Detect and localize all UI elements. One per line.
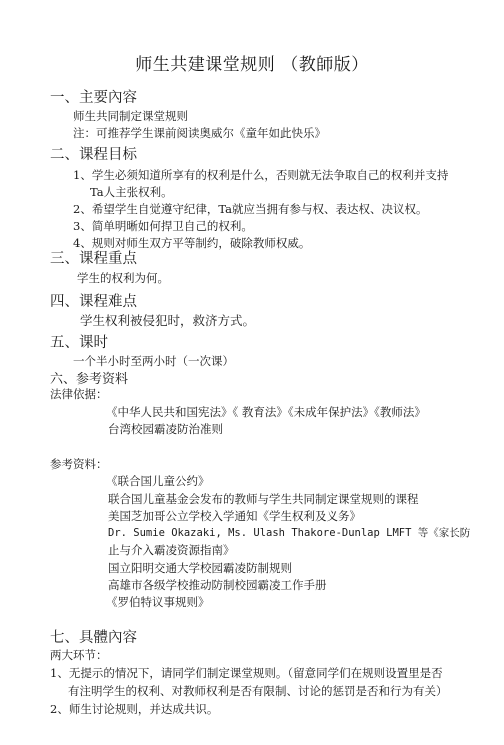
goal-item: 1、学生必须知道所享有的权利是什么，否则就无法争取自己的权利并支持 <box>73 167 448 183</box>
section-6-heading: 六、参考资料 <box>50 368 128 387</box>
content-item: 2、师生讨论规则，并达成共识。 <box>50 701 218 717</box>
section-5-text: 一个半小时至两小时（一次课） <box>73 353 234 369</box>
goal-item: 3、简单明晰如何捍卫自己的权利。 <box>73 218 253 234</box>
section-7-heading: 七、具體內容 <box>50 626 137 647</box>
legal-item: 《中华人民共和国宪法》《 教育法》《未成年保护法》《教师法》 <box>106 404 426 420</box>
section-3-text: 学生的权利为何。 <box>77 270 169 286</box>
section-7-label: 两大环节： <box>50 647 108 663</box>
section-4-heading: 四、课程难点 <box>50 290 137 311</box>
section-2-heading: 二、课程目标 <box>50 143 137 164</box>
section-1-note: 注：可推荐学生课前阅读奥威尔《童年如此快乐》 <box>73 125 326 141</box>
section-5-heading: 五、课时 <box>50 331 108 352</box>
document-title: 师生共建课堂规则 （教師版） <box>0 50 504 75</box>
section-3-heading: 三、课程重点 <box>50 247 137 268</box>
reference-item: 高雄市各级学校推动防制校园霸凌工作手册 <box>108 577 327 593</box>
legal-basis-label: 法律依据： <box>50 386 108 402</box>
reference-item-cont: 止与介入霸凌资源指南》 <box>108 542 235 558</box>
references-label: 参考资料： <box>50 456 108 472</box>
content-item-cont: 有注明学生的权利、对教师权利是否有限制、讨论的惩罚是否和行为有关） <box>68 683 448 699</box>
section-1-heading: 一、主要內容 <box>50 86 137 107</box>
section-4-text: 学生权利被侵犯时，救济方式。 <box>80 311 255 329</box>
reference-item: 国立阳明交通大学校园霸凌防制规则 <box>108 560 292 576</box>
legal-item: 台湾校园霸凌防治准则 <box>108 421 223 437</box>
section-1-line: 师生共同制定课堂规则 <box>73 108 188 124</box>
reference-item: 《联合国儿童公约》 <box>106 473 210 489</box>
goal-item-cont: Ta人主张权利。 <box>90 184 173 200</box>
reference-item: 联合国儿童基金会发布的教师与学生共同制定课堂规则的课程 <box>108 491 419 507</box>
reference-item: Dr. Sumie Okazaki, Ms. Ulash Thakore-Dun… <box>108 525 470 540</box>
reference-item: 《罗伯特议事规则》 <box>106 594 210 610</box>
reference-item: 美国芝加哥公立学校入学通知《学生权利及义务》 <box>108 508 361 524</box>
goal-item: 2、希望学生自觉遵守纪律，Ta就应当拥有参与权、表达权、决议权。 <box>73 201 427 217</box>
content-item: 1、无提示的情况下，请同学们制定课堂规则。（留意同学们在规则设置里是否 <box>50 665 443 681</box>
